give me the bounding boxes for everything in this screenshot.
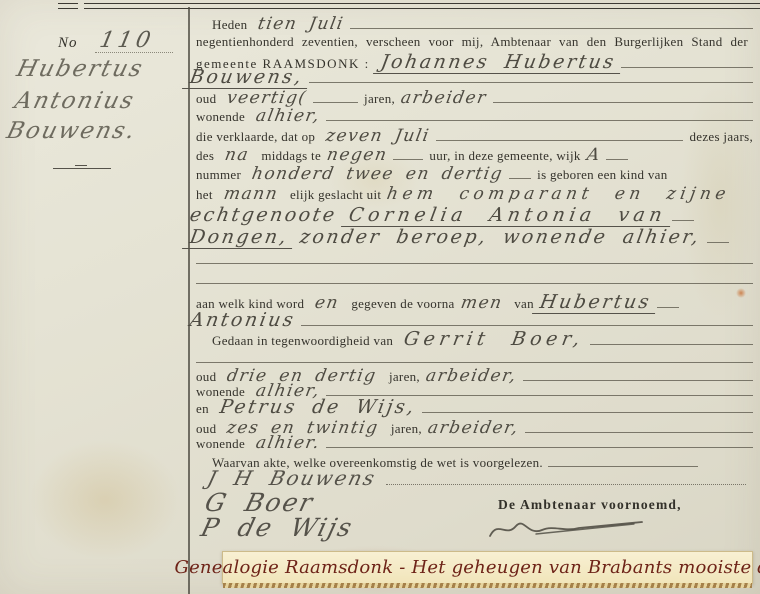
paper-stain bbox=[30, 440, 180, 560]
handwritten-birth-hour: negen bbox=[319, 145, 395, 165]
printed-text: negentienhonderd zeventien, verscheen vo… bbox=[196, 34, 753, 50]
act-number-value: 110 bbox=[97, 28, 156, 53]
printed-text: dezes jaars, bbox=[683, 129, 753, 145]
line-birth-time: des na middags te negen uur, in deze gem… bbox=[196, 145, 753, 165]
ruled-line bbox=[393, 147, 423, 160]
line-house-number: nummer honderd twee en dertig is geboren… bbox=[196, 164, 753, 184]
printed-text: nummer bbox=[196, 167, 246, 183]
ruled-line bbox=[313, 90, 358, 103]
ruled-line bbox=[301, 313, 753, 326]
top-border-rule bbox=[58, 3, 78, 9]
ruled-line bbox=[606, 147, 628, 160]
ruled-line bbox=[95, 52, 173, 53]
ruled-line bbox=[350, 16, 753, 29]
printed-text: des bbox=[196, 148, 219, 164]
printed-text: Heden bbox=[196, 17, 252, 33]
ruled-line bbox=[326, 383, 753, 396]
handwritten-declarant-surname: Bouwens, bbox=[182, 66, 311, 89]
signature-witness2: P de Wijs bbox=[198, 513, 357, 542]
handwritten-declarant-occupation: arbeider bbox=[393, 88, 494, 108]
top-border-rule bbox=[84, 3, 760, 9]
official-title-label: De Ambtenaar voornoemd, bbox=[498, 497, 682, 513]
margin-dash bbox=[53, 168, 111, 169]
line-declarant-age: oud veertig( jaren, arbeider bbox=[196, 88, 753, 108]
handwritten-gender: mann bbox=[216, 184, 286, 204]
ruled-line bbox=[196, 251, 753, 264]
printed-text: jaren, bbox=[358, 91, 395, 107]
handwritten-mother-details: zonder beroep, wonende alhier, bbox=[292, 226, 708, 248]
ruled-line bbox=[196, 350, 753, 363]
handwritten-daypart: na bbox=[217, 145, 257, 165]
ruled-line bbox=[590, 332, 753, 345]
birth-certificate-scan: No 110 Hubertus Antonius Bouwens. Heden … bbox=[0, 0, 760, 594]
signature-declarant: J H Bouwens bbox=[205, 466, 389, 490]
handwritten-mother-names: Cornelia Antonia van bbox=[341, 204, 674, 227]
line-witnesses-intro: Gedaan in tegenwoordigheid van Gerrit Bo… bbox=[196, 328, 753, 350]
ruled-line bbox=[196, 271, 753, 284]
ruled-line bbox=[672, 208, 694, 221]
ruled-line bbox=[493, 90, 753, 103]
line-birth-date: die verklaarde, dat op zeven Juli dezes … bbox=[196, 126, 753, 146]
official-signature-scrawl bbox=[484, 512, 654, 548]
column-divider-line bbox=[188, 7, 190, 594]
blank-ruled-line bbox=[196, 350, 753, 363]
line-gender: het mann elijk geslacht uit hem comparan… bbox=[196, 184, 753, 204]
handwritten-declarant-residence: alhier, bbox=[248, 106, 328, 126]
printed-text: wonende bbox=[196, 109, 250, 125]
act-number-label: No bbox=[58, 35, 78, 52]
line-declarant-residence: wonende alhier, bbox=[196, 106, 753, 126]
blank-ruled-line bbox=[196, 251, 753, 264]
ruled-line bbox=[436, 128, 684, 141]
handwritten-house-number: honderd twee en dertig bbox=[244, 164, 511, 184]
handwritten-witness2-residence: alhier. bbox=[248, 433, 328, 453]
margin-child-name: Antonius bbox=[12, 88, 138, 114]
signature-declarant-line: J H Bouwens bbox=[208, 466, 746, 490]
handwritten-declarant-age: veertig( bbox=[220, 88, 315, 108]
ruled-line bbox=[326, 435, 753, 448]
printed-text: die verklaarde, dat op bbox=[196, 129, 320, 145]
ruled-line bbox=[657, 295, 679, 308]
act-number-line: No 110 bbox=[58, 28, 154, 53]
handwritten-registration-date: tien Juli bbox=[251, 14, 352, 34]
ruled-line bbox=[523, 368, 753, 381]
printed-text: uur, in deze gemeente, wijk bbox=[423, 148, 580, 164]
ruled-line bbox=[707, 230, 729, 243]
watermark-banner: Genealogie Raamsdonk - Het geheugen van … bbox=[222, 551, 753, 584]
ruled-line bbox=[509, 166, 531, 179]
margin-child-name: Hubertus bbox=[14, 56, 147, 82]
printed-text: elijk geslacht uit bbox=[284, 187, 381, 203]
ruled-line bbox=[525, 420, 753, 433]
printed-text: Gedaan in tegenwoordigheid van bbox=[196, 333, 398, 349]
handwritten-wijk: A bbox=[579, 145, 608, 165]
line-witness2-name: en Petrus de Wijs, bbox=[196, 396, 753, 418]
margin-child-surname: Bouwens. bbox=[4, 118, 139, 144]
line-witness2-residence: wonende alhier. bbox=[196, 433, 753, 453]
line-mother-name: echtgenoote Cornelia Antonia van bbox=[196, 204, 753, 227]
printed-text: is geboren een kind van bbox=[531, 167, 667, 183]
ruled-line bbox=[326, 108, 753, 121]
line-mother-details: Dongen, zonder beroep, wonende alhier, bbox=[196, 226, 753, 249]
handwritten-echtgenoote: echtgenoote bbox=[182, 204, 345, 226]
handwritten-birth-date: zeven Juli bbox=[318, 126, 437, 146]
printed-text: oud bbox=[196, 91, 221, 107]
printed-text: middags te bbox=[255, 148, 321, 164]
line-heden: Heden tien Juli bbox=[196, 14, 753, 34]
ruled-line bbox=[422, 400, 753, 413]
printed-text: en bbox=[196, 401, 214, 417]
line-declarant-surname: Bouwens, bbox=[196, 66, 753, 89]
ruled-line bbox=[309, 70, 753, 83]
ruled-line bbox=[386, 472, 746, 485]
handwritten-parents-phrase: hem comparant en zijne bbox=[380, 184, 738, 204]
watermark-text: Genealogie Raamsdonk - Het geheugen van … bbox=[174, 557, 760, 578]
handwritten-witness2-name: Petrus de Wijs, bbox=[212, 396, 424, 418]
printed-text: wonende bbox=[196, 436, 250, 452]
blank-ruled-line bbox=[196, 271, 753, 284]
handwritten-mother-surname: Dongen, bbox=[182, 226, 296, 249]
handwritten-witness1-name: Gerrit Boer, bbox=[396, 328, 592, 350]
line-preamble: negentienhonderd zeventien, verscheen vo… bbox=[196, 34, 753, 50]
printed-text: het bbox=[196, 187, 218, 203]
